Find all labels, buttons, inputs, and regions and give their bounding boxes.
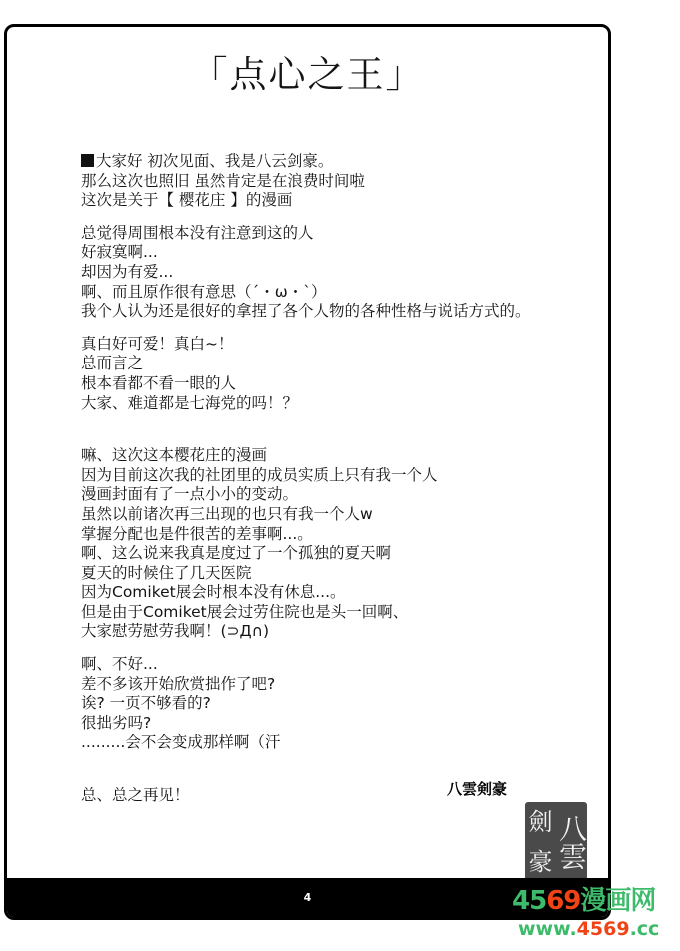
page-title: 「点心之王」 xyxy=(7,51,608,99)
watermark-url: www.4569.cc xyxy=(518,917,659,941)
seal-char: 劍 xyxy=(525,802,556,842)
text-line: 掌握分配也是件很苦的差事啊...。 xyxy=(81,525,601,545)
text-line: 嘛、这次这本樱花庄的漫画 xyxy=(81,446,601,466)
text-line: 却因为有爱... xyxy=(81,263,601,283)
text-line: 大家好 初次见面、我是八云剑豪。 xyxy=(81,152,601,172)
paragraph-mashiro: 真白好可爱！真白~！ 总而言之 根本看都不看一眼的人 大家、难道都是七海党的吗！… xyxy=(81,335,601,413)
text-line: 啊、而且原作很有意思（´・ω・`） xyxy=(81,283,601,303)
text-line: 大家慰劳慰劳我啊！(⊃Д∩) xyxy=(81,622,601,642)
text-line: 差不多该开始欣赏拙作了吧? xyxy=(81,675,601,695)
text-line: 但是由于Comiket展会过劳住院也是头一回啊、 xyxy=(81,603,601,623)
text-line: 因为目前这次我的社团里的成员实质上只有我一个人 xyxy=(81,466,601,486)
text-line: 虽然以前诸次再三出现的也只有我一个人w xyxy=(81,505,601,525)
author-seal-stamp: 劍 八雲 豪 xyxy=(525,802,587,882)
text-line: 总觉得周围根本没有注意到这的人 xyxy=(81,224,601,244)
author-signature: 八雲剣豪 xyxy=(447,778,507,799)
paragraph-oops: 啊、不好... 差不多该开始欣赏拙作了吧? 诶? 一页不够看的? 很拙劣吗? .… xyxy=(81,655,601,753)
text-line: 大家、难道都是七海党的吗！？ xyxy=(81,394,601,414)
text-line: 因为Comiket展会时根本没有休息...。 xyxy=(81,583,601,603)
paragraph-intro: 大家好 初次见面、我是八云剑豪。 那么这次也照旧 虽然肯定是在浪费时间啦 这次是… xyxy=(81,152,601,211)
paragraph-lonely: 总觉得周围根本没有注意到这的人 好寂寞啊... 却因为有爱... 啊、而且原作很… xyxy=(81,224,601,322)
seal-char: 豪 xyxy=(525,842,556,882)
text-line: 啊、这么说来我真是度过了一个孤独的夏天啊 xyxy=(81,544,601,564)
text-line: 这次是关于【 樱花庄 】的漫画 xyxy=(81,191,601,211)
text-line: 很拙劣吗? xyxy=(81,714,601,734)
site-watermark-logo: 4569漫画网 www.4569.cc xyxy=(512,887,680,947)
paragraph-goodbye: 总、总之再见！ xyxy=(81,786,601,806)
text-line: 啊、不好... xyxy=(81,655,601,675)
afterword-text: 大家好 初次见面、我是八云剑豪。 那么这次也照旧 虽然肯定是在浪费时间啦 这次是… xyxy=(81,152,601,806)
text-line: 那么这次也照旧 虽然肯定是在浪费时间啦 xyxy=(81,172,601,192)
text-line: 好寂寞啊... xyxy=(81,243,601,263)
text-line: 漫画封面有了一点小小的变动。 xyxy=(81,485,601,505)
text-line: 总、总之再见！ xyxy=(81,786,601,806)
text-line: 真白好可爱！真白~！ xyxy=(81,335,601,355)
paragraph-circle: 嘛、这次这本樱花庄的漫画 因为目前这次我的社团里的成员实质上只有我一个人 漫画封… xyxy=(81,446,601,642)
text-line: 总而言之 xyxy=(81,354,601,374)
text-line: 诶? 一页不够看的? xyxy=(81,694,601,714)
text-line: 夏天的时候住了几天医院 xyxy=(81,564,601,584)
text-line: 根本看都不看一眼的人 xyxy=(81,374,601,394)
seal-char: 八雲 xyxy=(556,802,587,882)
text-line: 我个人认为还是很好的拿捏了各个人物的各种性格与说话方式的。 xyxy=(81,302,601,322)
manga-page-frame: 「点心之王」 大家好 初次见面、我是八云剑豪。 那么这次也照旧 虽然肯定是在浪费… xyxy=(4,24,611,920)
text-line: .........会不会变成那样啊（汗 xyxy=(81,733,601,753)
watermark-title: 4569漫画网 xyxy=(512,887,655,915)
square-bullet-icon xyxy=(81,154,94,167)
